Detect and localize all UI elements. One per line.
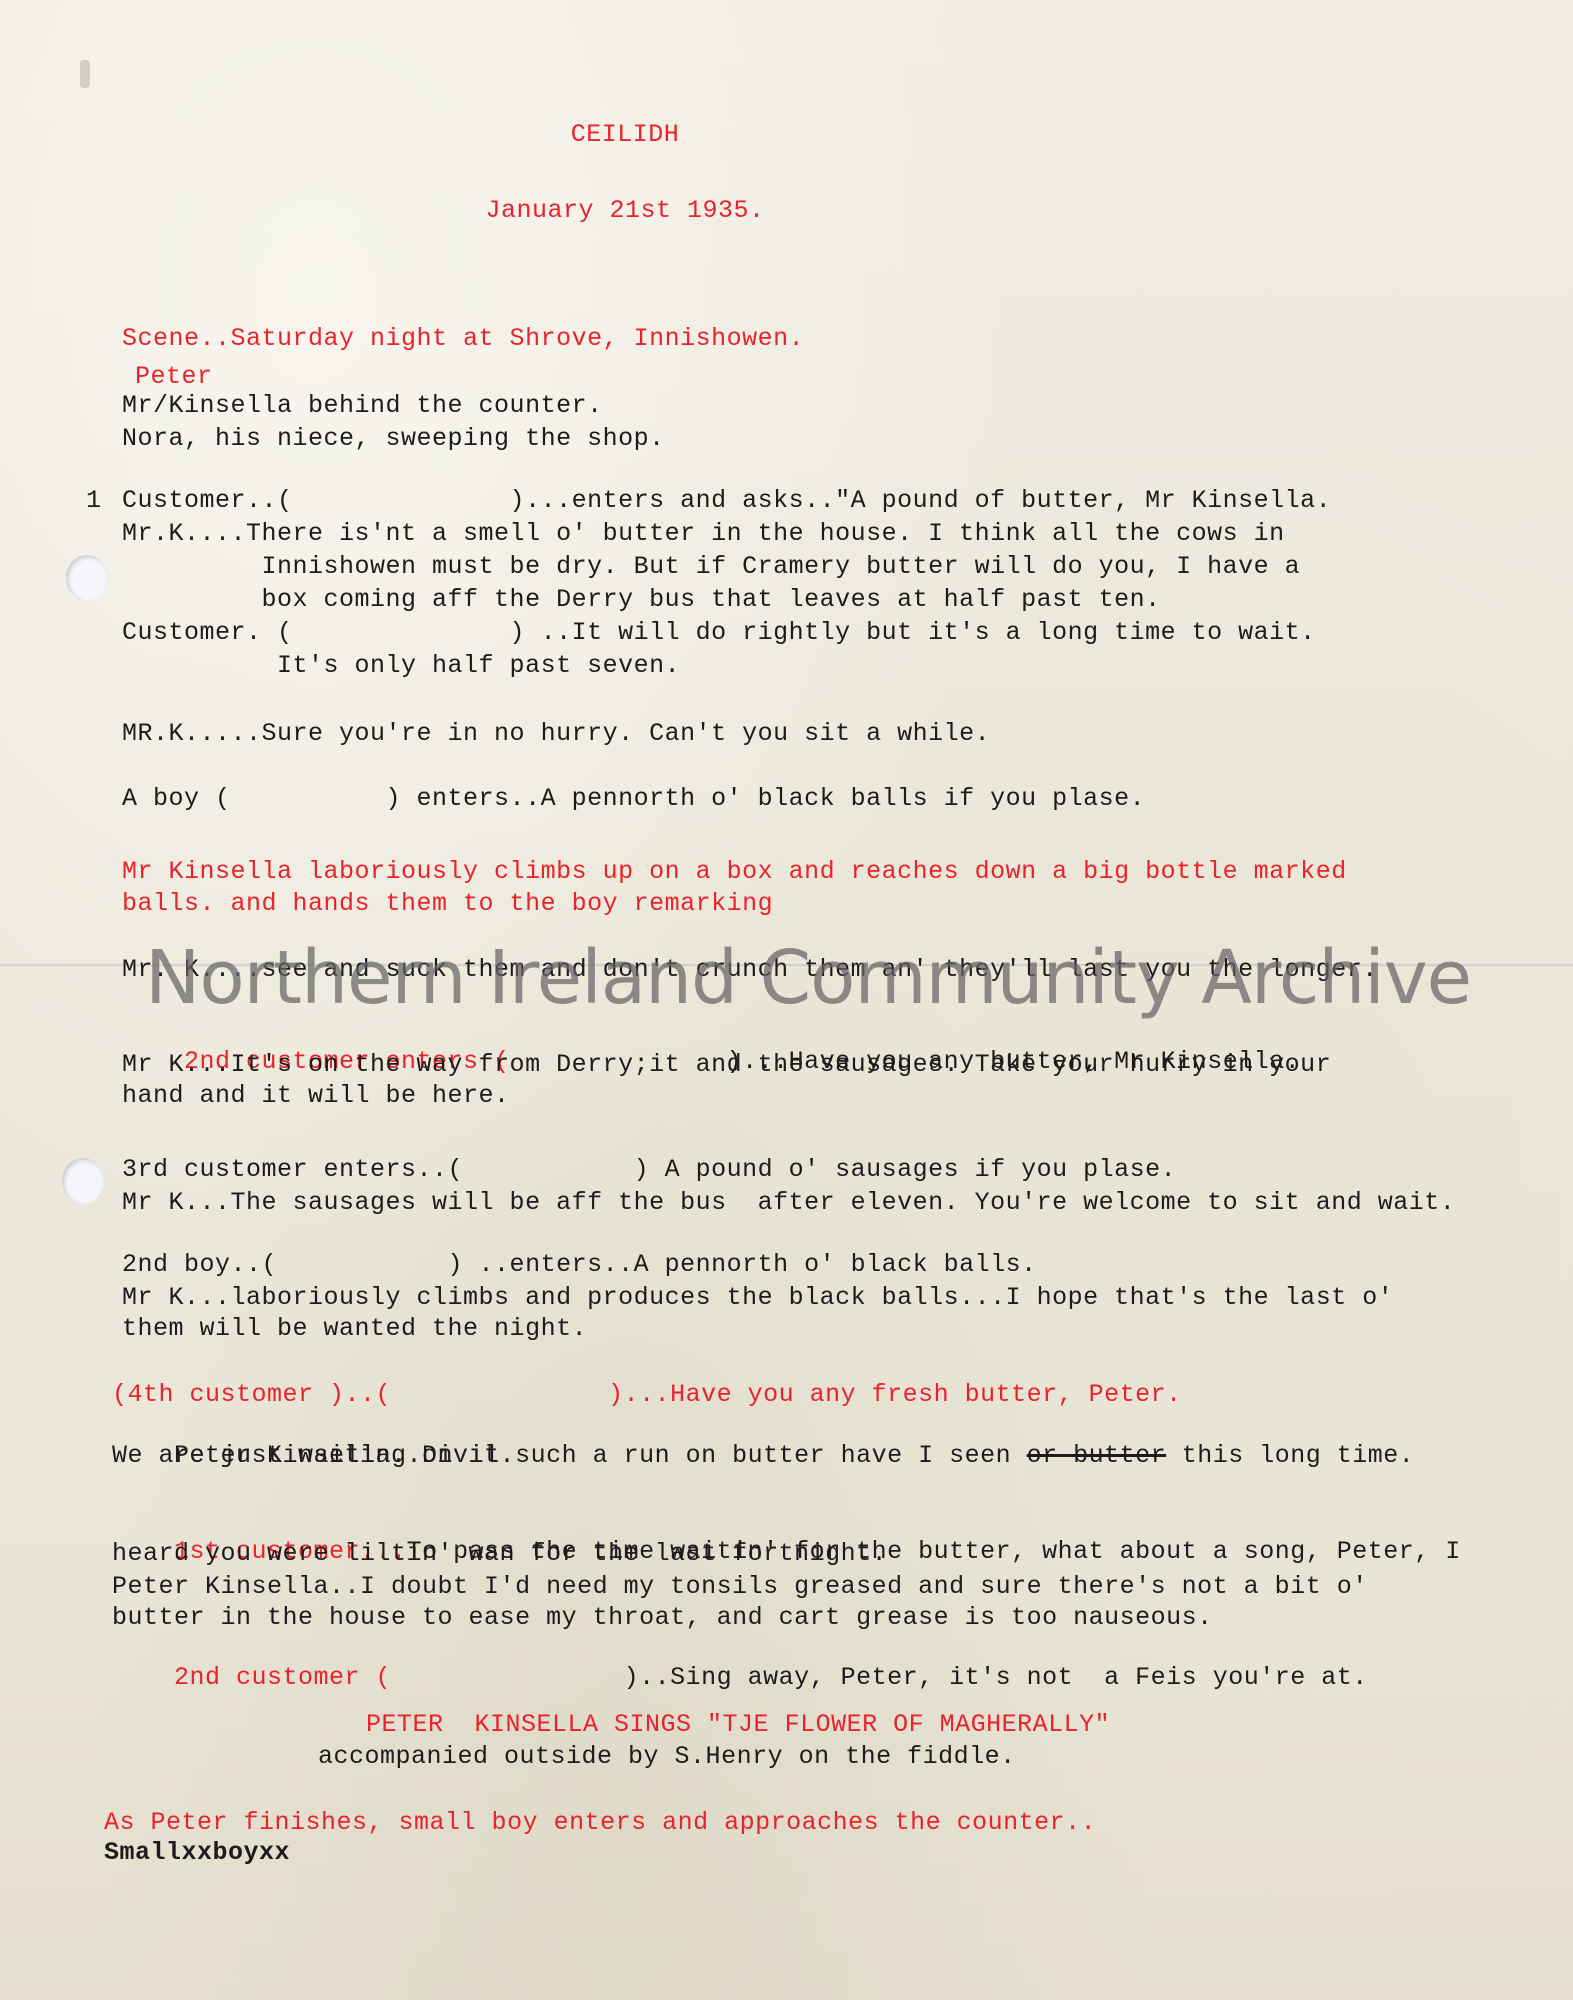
stage-direction: balls. and hands them to the boy remarki… (122, 889, 773, 919)
stage-direction: Mr Kinsella laboriously climbs up on a b… (122, 857, 1347, 887)
dialogue-line: (4th customer )..( )...Have you any fres… (112, 1380, 1182, 1410)
dialogue-line: We are just waiting on it. (112, 1441, 515, 1471)
struck-through-text: or butter (1027, 1441, 1167, 1470)
overtyped-text: Smallxxboyxx (104, 1838, 290, 1868)
dialogue-line: Mr K...The sausages will be aff the bus … (122, 1188, 1455, 1218)
cast-line: Nora, his niece, sweeping the shop. (122, 424, 665, 454)
dialogue-line: heard you were liltin' wan for the last … (112, 1539, 887, 1569)
dialogue-line: Mr K...It's on the way from Derry;it and… (122, 1050, 1331, 1080)
dialogue-line: Innishowen must be dry. But if Cramery b… (122, 552, 1300, 582)
dialogue-line: 3rd customer enters..( ) A pound o' saus… (122, 1155, 1176, 1185)
dialogue-line: Peter Kinsella..I doubt I'd need my tons… (112, 1572, 1368, 1602)
paper-stain (80, 60, 90, 88)
scene-heading: Scene..Saturday night at Shrove, Innisho… (122, 324, 804, 354)
closing-stage-direction: As Peter finishes, small boy enters and … (104, 1808, 1096, 1838)
cast-line: Mr/Kinsella behind the counter. (122, 391, 603, 421)
dialogue-line: 2nd boy..( ) ..enters..A pennorth o' bla… (122, 1250, 1037, 1280)
song-heading: PETER KINSELLA SINGS "TJE FLOWER OF MAGH… (366, 1710, 1110, 1740)
song-subline: accompanied outside by S.Henry on the fi… (318, 1742, 1016, 1772)
dialogue-line: MR.K.....Sure you're in no hurry. Can't … (122, 719, 990, 749)
margin-number: 1 (86, 486, 101, 515)
dialogue-line: It's only half past seven. (122, 651, 680, 681)
dialogue-line: A boy ( ) enters..A pennorth o' black ba… (122, 784, 1145, 814)
dialogue-line: Customer. ( ) ..It will do rightly but i… (122, 618, 1316, 648)
dialogue-line: Customer..( )...enters and asks.."A poun… (122, 486, 1331, 516)
dialogue-line: butter in the house to ease my throat, a… (112, 1603, 1213, 1633)
archive-watermark: Northern Ireland Community Archive (145, 935, 1471, 1021)
punch-hole-bottom (62, 1158, 104, 1204)
dialogue-line: them will be wanted the night. (122, 1314, 587, 1344)
dialogue-line: Mr.K....There is'nt a smell o' butter in… (122, 519, 1285, 549)
document-page: CEILIDH January 21st 1935. Scene..Saturd… (0, 0, 1573, 2000)
dialogue-line: hand and it will be here. (122, 1081, 510, 1111)
handwritten-insertion: Peter (135, 362, 213, 392)
punch-hole-top (66, 555, 108, 601)
dialogue-line: box coming aff the Derry bus that leaves… (122, 585, 1161, 615)
dialogue-line: Mr K...laboriously climbs and produces t… (122, 1283, 1393, 1313)
document-title: CEILIDH (0, 120, 1250, 150)
document-date: January 21st 1935. (0, 196, 1250, 226)
dialogue-text: )..Sing away, Peter, it's not a Feis you… (391, 1663, 1368, 1692)
speaker-label: 2nd customer ( (174, 1663, 391, 1692)
dialogue-text: this long time. (1166, 1441, 1414, 1470)
